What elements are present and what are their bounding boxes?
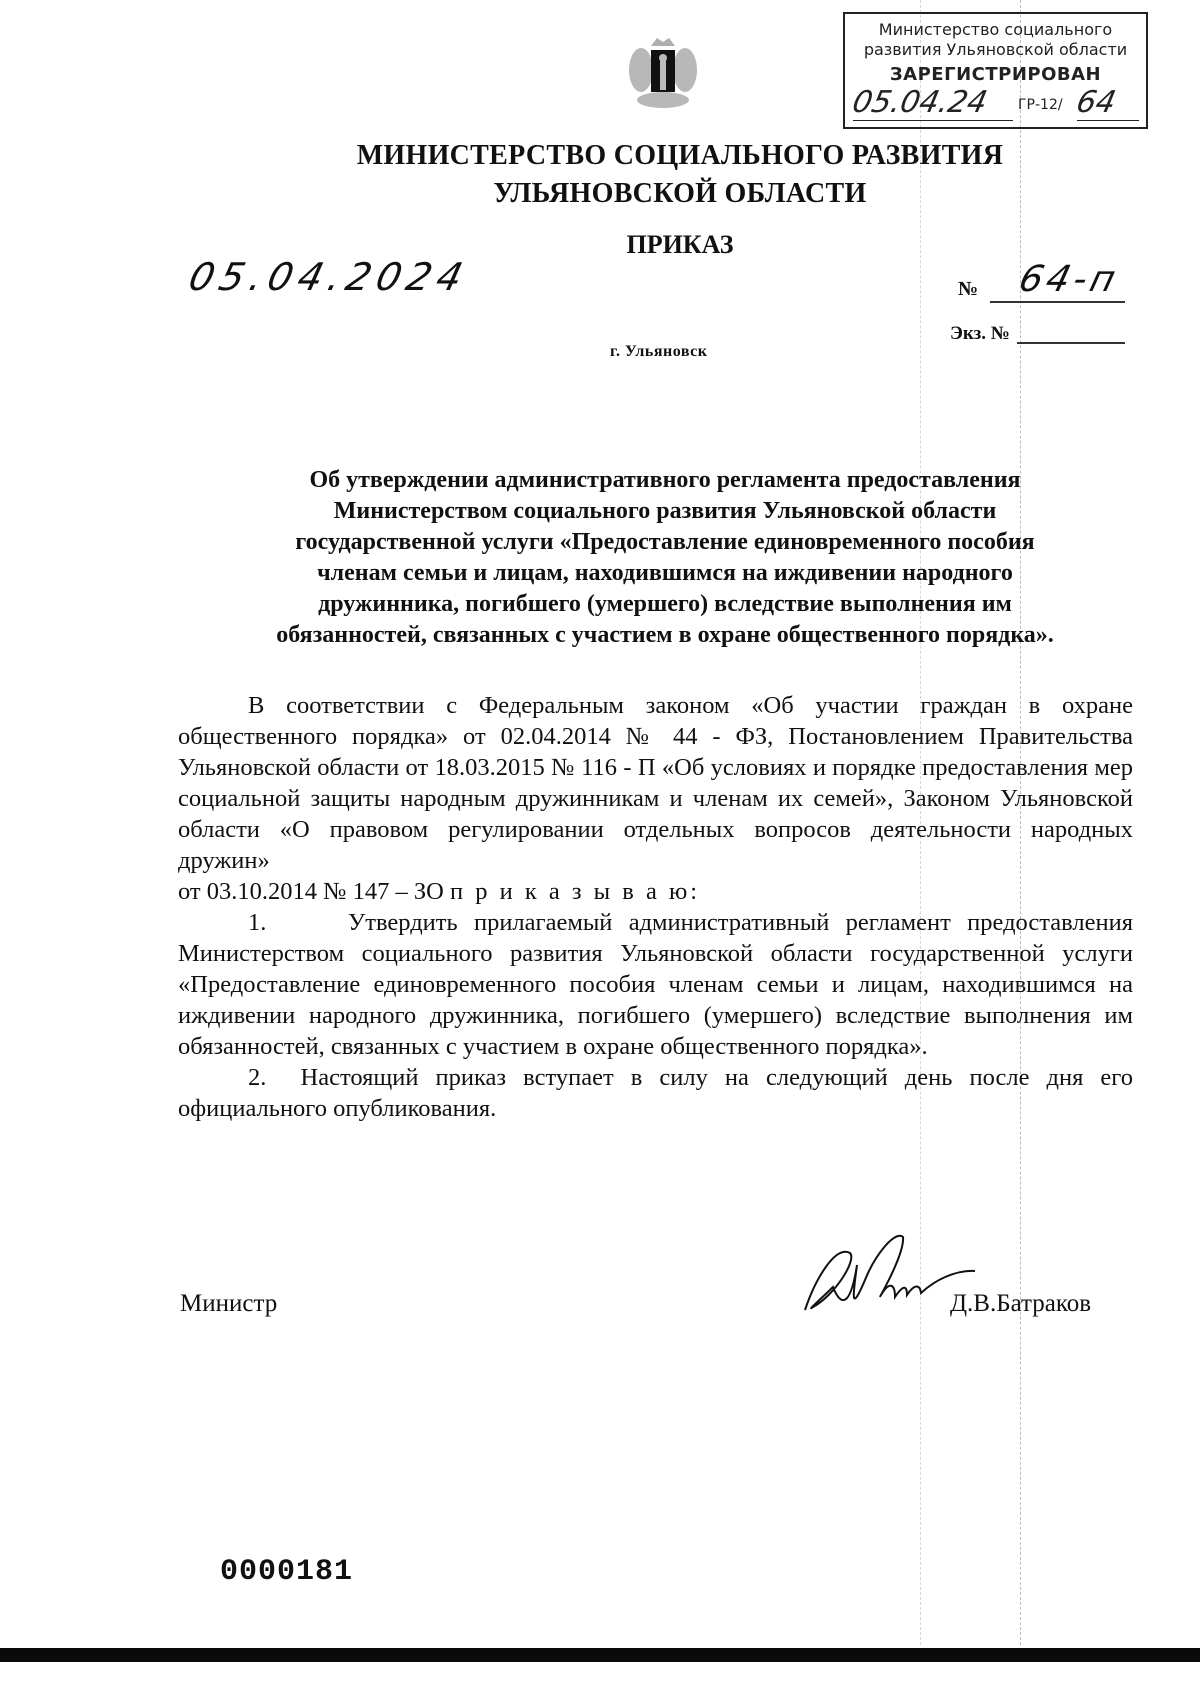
document-type-title: ПРИКАЗ bbox=[0, 230, 1200, 260]
subject-line: обязанностей, связанных с участием в охр… bbox=[190, 620, 1140, 651]
ministry-name: МИНИСТЕРСТВО СОЦИАЛЬНОГО РАЗВИТИЯ УЛЬЯНО… bbox=[0, 137, 1200, 213]
preamble-law-ref: от 03.10.2014 № 147 – ЗО bbox=[178, 878, 444, 905]
signatory-position: Министр bbox=[180, 1290, 277, 1318]
preamble-end: от 03.10.2014 № 147 – ЗО п р и к а з ы в… bbox=[178, 876, 1133, 907]
order-date: 05.04.2024 bbox=[190, 255, 468, 300]
document-serial-number: 0000181 bbox=[220, 1555, 353, 1589]
stamp-org-line1: Министерство социального bbox=[845, 20, 1146, 40]
subject-line: Об утверждении административного регламе… bbox=[190, 465, 1140, 496]
subject-line: Министерством социального развития Ульян… bbox=[190, 496, 1140, 527]
coat-of-arms-emblem bbox=[627, 32, 699, 110]
stamp-register-prefix: ГР-12/ bbox=[1018, 97, 1063, 113]
order-number-handwritten: 64-п bbox=[1015, 259, 1124, 300]
subject-line: государственной услуги «Предоставление е… bbox=[190, 527, 1140, 558]
copy-number-label: Экз. № bbox=[950, 323, 1010, 345]
copy-number-field bbox=[1017, 342, 1125, 344]
order-number-underline bbox=[990, 301, 1125, 303]
preamble: В соответствии с Федеральным законом «Об… bbox=[178, 690, 1133, 876]
city: г. Ульяновск bbox=[610, 343, 707, 361]
order-number-label: № bbox=[958, 278, 978, 301]
scan-edge-bar bbox=[0, 1648, 1200, 1662]
order-subject: Об утверждении административного регламе… bbox=[190, 465, 1140, 651]
order-body: В соответствии с Федеральным законом «Об… bbox=[178, 690, 1133, 1124]
order-word: п р и к а з ы в а ю: bbox=[450, 878, 700, 905]
stamp-org-line2: развития Ульяновской области bbox=[845, 40, 1146, 60]
signatory-name: Д.В.Батраков bbox=[950, 1290, 1091, 1318]
order-item-2: 2. Настоящий приказ вступает в силу на с… bbox=[178, 1062, 1133, 1124]
stamp-register-number: 64 bbox=[1073, 85, 1119, 120]
stamp-status: ЗАРЕГИСТРИРОВАН bbox=[845, 63, 1146, 87]
ministry-name-line1: МИНИСТЕРСТВО СОЦИАЛЬНОГО РАЗВИТИЯ bbox=[0, 137, 1200, 175]
stamp-date: 05.04.24 bbox=[849, 85, 990, 120]
subject-line: членам семьи и лицам, находившимся на иж… bbox=[190, 558, 1140, 589]
registration-stamp: Министерство социального развития Ульяно… bbox=[843, 12, 1148, 129]
subject-line: дружинника, погибшего (умершего) вследст… bbox=[190, 589, 1140, 620]
ministry-name-line2: УЛЬЯНОВСКОЙ ОБЛАСТИ bbox=[0, 175, 1200, 213]
order-number: 64-п bbox=[1020, 258, 1118, 300]
order-item-1: 1. Утвердить прилагаемый административны… bbox=[178, 907, 1133, 1062]
order-date-handwritten: 05.04.2024 bbox=[185, 255, 474, 299]
